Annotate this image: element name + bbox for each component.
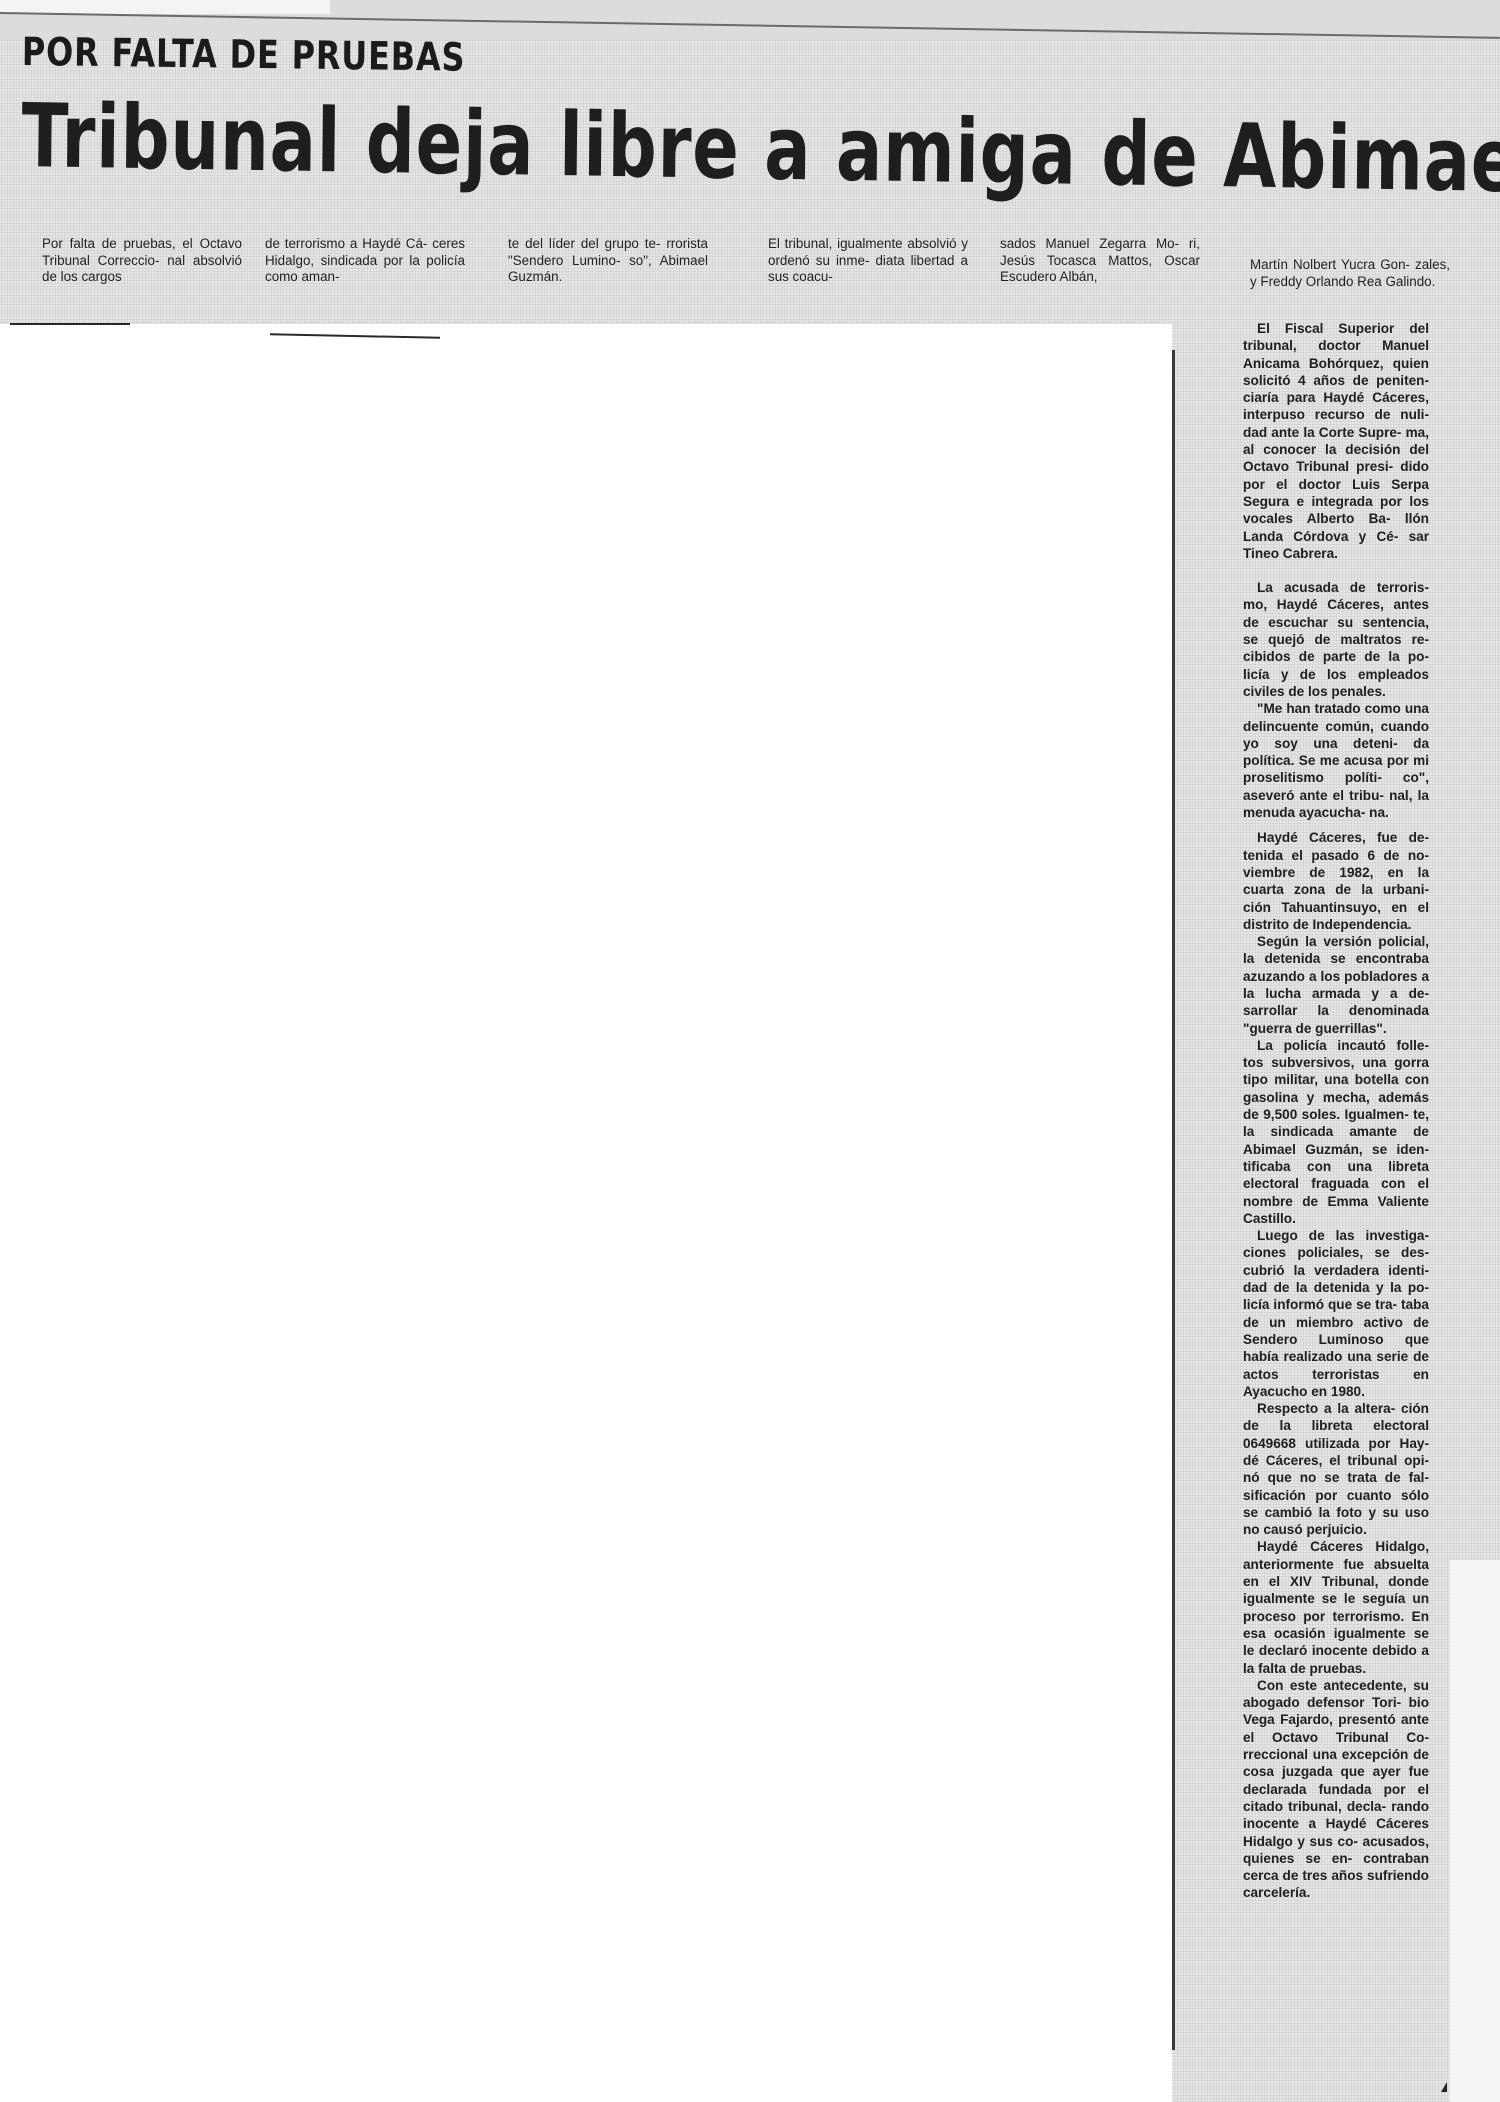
lead-column-3: te del líder del grupo te- rrorista "Sen… — [508, 236, 708, 286]
paragraph-fiscal: El Fiscal Superior del tribunal, doctor … — [1243, 320, 1429, 562]
paragraph-acusada: La acusada de terroris- mo, Haydé Cácere… — [1243, 579, 1429, 700]
article-kicker: POR FALTA DE PRUEBAS — [22, 30, 466, 81]
article-headline: Tribunal deja libre a amiga de Abimael — [21, 92, 1500, 206]
paragraph-gap — [1243, 821, 1429, 829]
paragraph-seized-items: La policía incautó folle- tos subversivo… — [1243, 1037, 1429, 1227]
lead-column-5: sados Manuel Zegarra Mo- ri, Jesús Tocas… — [1000, 236, 1200, 286]
lead-column-2: de terrorismo a Haydé Cá- ceres Hidalgo,… — [265, 236, 465, 286]
lead-column-1: Por falta de pruebas, el Octavo Tribunal… — [42, 236, 242, 286]
paragraph-electoral-book: Respecto a la altera- ción de la libreta… — [1243, 1400, 1429, 1538]
paragraph-detention: Haydé Cáceres, fue de- tenida el pasado … — [1243, 829, 1429, 933]
paragraph-gap — [1243, 562, 1429, 579]
side-column: El Fiscal Superior del tribunal, doctor … — [1243, 320, 1429, 1902]
paragraph-police-version: Según la versión policial, la detenida s… — [1243, 933, 1429, 1037]
torn-edge-line-left — [10, 323, 130, 325]
lead-column-6: Martín Nolbert Yucra Gon- zales, y Fredd… — [1250, 257, 1450, 290]
column-rule — [1172, 350, 1175, 2050]
paragraph-quote: "Me han tratado como una delincuente com… — [1243, 700, 1429, 821]
lead-column-4: El tribunal, igualmente absolvió y orden… — [768, 236, 968, 286]
paragraph-investigation: Luego de las investiga- ciones policiale… — [1243, 1227, 1429, 1400]
scan-right-margin — [1450, 1560, 1500, 2102]
paragraph-defense: Con este antecedente, su abogado defenso… — [1243, 1677, 1429, 1902]
end-mark-icon — [1441, 2082, 1447, 2092]
paragraph-previous-case: Haydé Cáceres Hidalgo, anteriormente fue… — [1243, 1538, 1429, 1676]
blank-photo-area — [0, 324, 1172, 2102]
